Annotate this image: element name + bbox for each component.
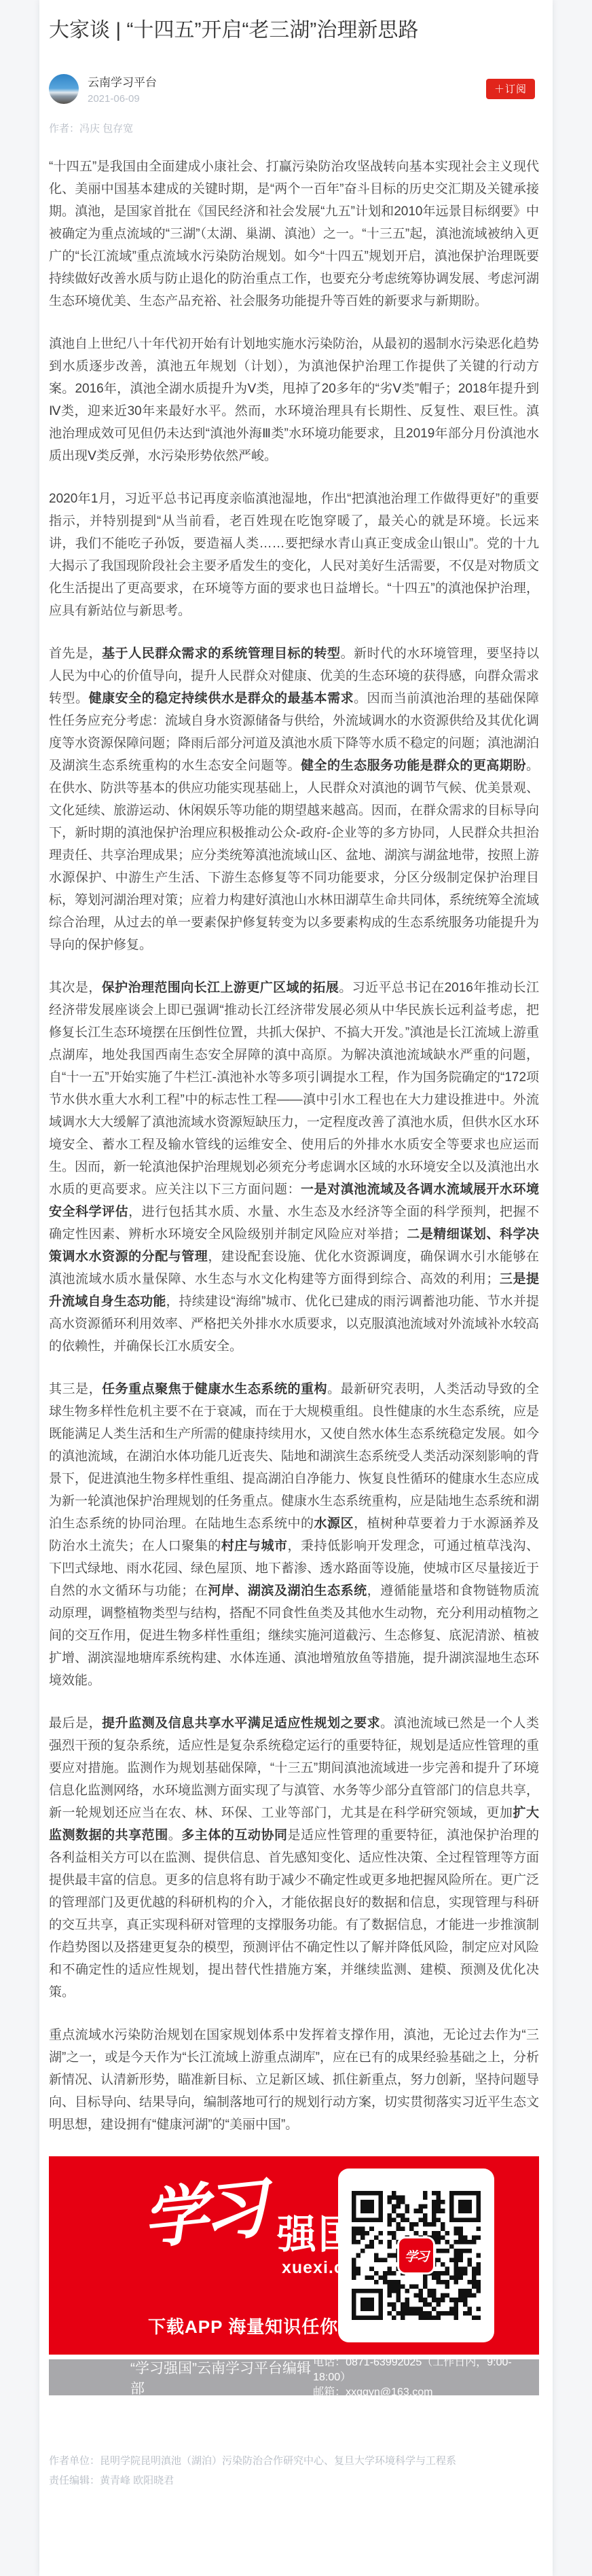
source-avatar[interactable] — [49, 74, 79, 104]
subscribe-button[interactable]: ＋订阅 — [486, 79, 535, 99]
contact-details: 电话：0871-63992025（工作日内，9:00-18:00） 邮箱：xxq… — [313, 2355, 535, 2400]
editorial-contact-bar: “学习强国”云南学习平台编辑部 电话：0871-63992025（工作日内，9:… — [49, 2359, 539, 2395]
article-footer: 作者单位：昆明学院昆明滇池（湖泊）污染防治合作研究中心、复旦大学环境科学与工程系… — [49, 2451, 539, 2490]
author-line: 作者：冯庆 包存宽 — [49, 121, 539, 135]
xuexi-logo-script: 学习 — [139, 2176, 265, 2253]
publish-date: 2021-06-09 — [88, 93, 157, 105]
article-paragraph: 其三是，任务重点聚焦于健康水生态系统的重构。最新研究表明，人类活动导致的全球生物… — [49, 1378, 539, 1692]
article-paragraph: 2020年1月，习近平总书记再度亲临滇池湿地，作出“把滇池治理工作做得更好”的重… — [49, 488, 539, 622]
article-paragraph: 首先是，基于人民群众需求的系统管理目标的转型。新时代的水环境管理，要坚持以人民为… — [49, 642, 539, 956]
xuexi-promo-banner: 学习 强国 xuexi.cn 下载APP 海量知识任你选 学习 — [49, 2156, 539, 2355]
article-paragraph: 滇池自上世纪八十年代初开始有计划地实施水污染防治，从最初的遏制水污染恶化趋势到水… — [49, 333, 539, 467]
article-paragraph: 重点流域水污染防治规划在国家规划体系中发挥着支撑作用，滇池，无论过去作为“三湖”… — [49, 2024, 539, 2136]
contact-phone: 电话：0871-63992025（工作日内，9:00-18:00） — [313, 2355, 535, 2385]
qr-code-panel: 学习 — [338, 2169, 494, 2342]
article-title: 大家谈 | “十四五”开启“老三湖”治理新思路 — [49, 15, 539, 46]
qr-center-app-icon: 学习 — [397, 2236, 435, 2274]
editorial-name: “学习强国”云南学习平台编辑部 — [130, 2357, 313, 2398]
qr-code: 学习 — [352, 2191, 481, 2320]
source-meta-row: 云南学习平台 2021-06-09 ＋订阅 — [49, 73, 539, 105]
article-card: 大家谈 | “十四五”开启“老三湖”治理新思路 云南学习平台 2021-06-0… — [39, 0, 553, 2576]
article-paragraph: 其次是，保护治理范围向长江上游更广区域的拓展。习近平总书记在2016年推动长江经… — [49, 977, 539, 1358]
source-name[interactable]: 云南学习平台 — [88, 73, 157, 90]
article-paragraph: 最后是，提升监测及信息共享水平满足适应性规划之要求。滇池流域已然是一个人类强烈干… — [49, 1712, 539, 2003]
contact-email: 邮箱：xxqgyn@163.com — [313, 2385, 535, 2400]
article-paragraph: “十四五”是我国由全面建成小康社会、打赢污染防治攻坚战转向基本实现社会主义现代化… — [49, 156, 539, 312]
source-info: 云南学习平台 2021-06-09 — [88, 73, 157, 105]
download-slogan: 下载APP 海量知识任你选 — [148, 2313, 356, 2338]
article-body: “十四五”是我国由全面建成小康社会、打赢污染防治攻坚战转向基本实现社会主义现代化… — [49, 156, 539, 2136]
responsible-editor: 责任编辑：黄青峰 欧阳晓君 — [49, 2471, 539, 2490]
page: 大家谈 | “十四五”开启“老三湖”治理新思路 云南学习平台 2021-06-0… — [0, 0, 592, 2576]
author-affiliation: 作者单位：昆明学院昆明滇池（湖泊）污染防治合作研究中心、复旦大学环境科学与工程系 — [49, 2451, 539, 2471]
